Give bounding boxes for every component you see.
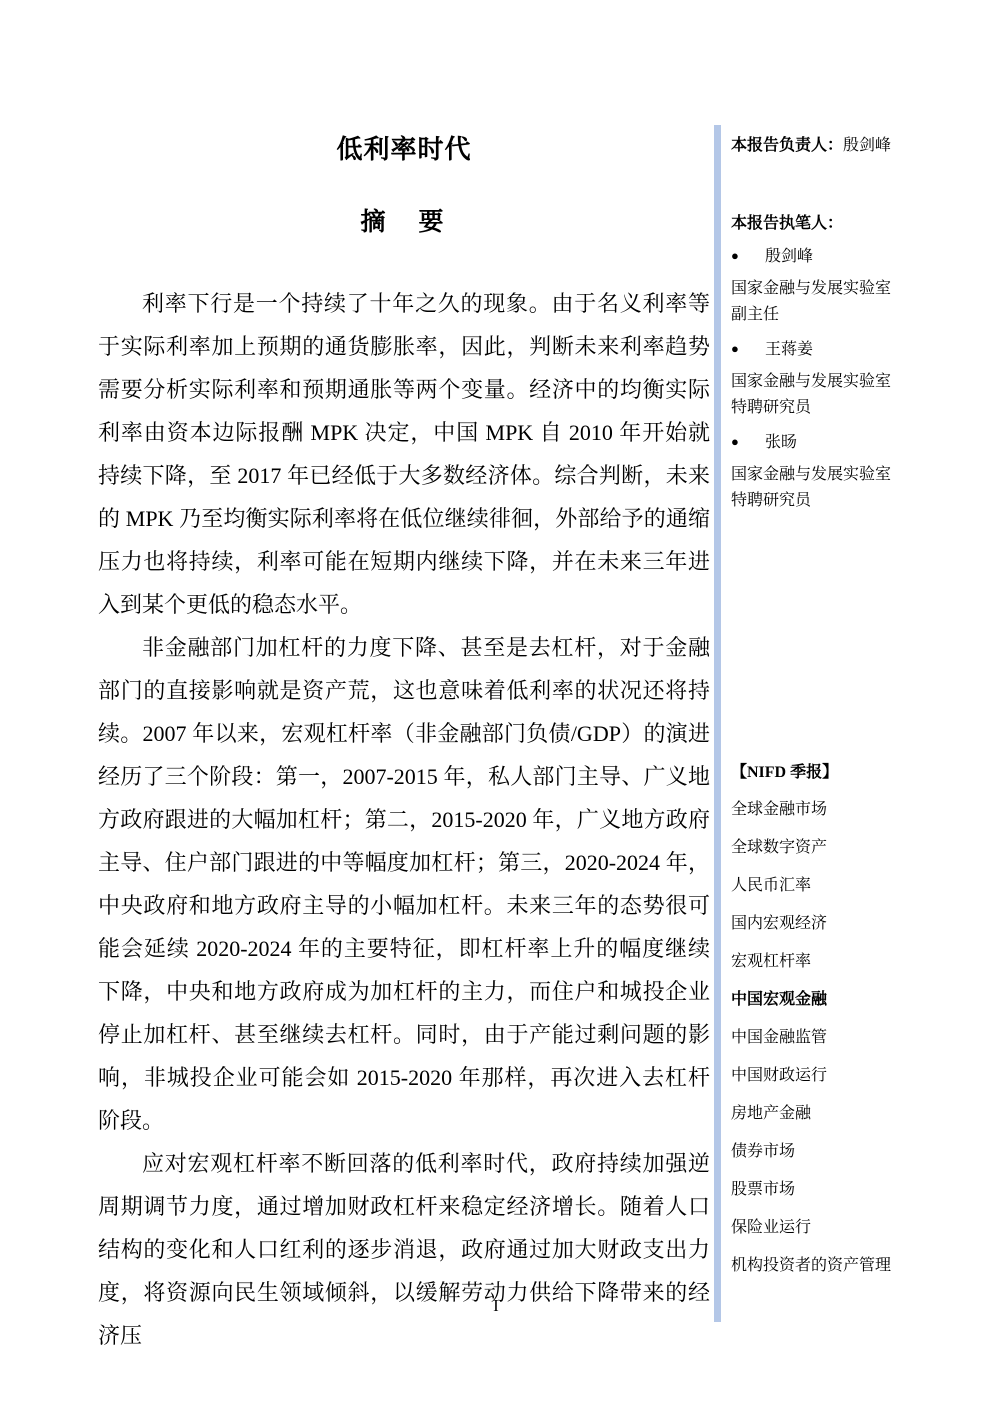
author-name-line: ●张旸 bbox=[731, 431, 941, 454]
main-column: 低利率时代 摘 要 利率下行是一个持续了十年之久的现象。由于名义利率等于实际利率… bbox=[98, 130, 710, 1357]
authors-header: 本报告执笔人： bbox=[731, 213, 941, 235]
abstract-paragraph: 利率下行是一个持续了十年之久的现象。由于名义利率等于实际利率加上预期的通货膨胀率… bbox=[98, 282, 710, 626]
author-entry: ●张旸 国家金融与发展实验室 特聘研究员 bbox=[731, 431, 941, 514]
author-name-line: ●王蒋姜 bbox=[731, 338, 941, 361]
lead-author-name: 殷剑峰 bbox=[843, 137, 891, 154]
affiliation-title: 特聘研究员 bbox=[731, 488, 941, 514]
nifd-series-header: 【NIFD 季报】 bbox=[731, 761, 941, 785]
bullet-icon: ● bbox=[731, 245, 765, 267]
author-name: 殷剑峰 bbox=[765, 248, 813, 265]
nifd-series-item: 全球金融市场 bbox=[731, 791, 941, 829]
nifd-series-item: 机构投资者的资产管理 bbox=[731, 1247, 941, 1285]
nifd-series-item: 人民币汇率 bbox=[731, 867, 941, 905]
affiliation-org: 国家金融与发展实验室 bbox=[731, 462, 941, 488]
author-entry: ●殷剑峰 国家金融与发展实验室 副主任 bbox=[731, 245, 941, 328]
report-page: 低利率时代 摘 要 利率下行是一个持续了十年之久的现象。由于名义利率等于实际利率… bbox=[0, 0, 992, 1403]
author-name: 王蒋姜 bbox=[765, 341, 813, 358]
abstract-paragraph: 应对宏观杠杆率不断回落的低利率时代，政府持续加强逆周期调节力度，通过增加财政杠杆… bbox=[98, 1142, 710, 1357]
nifd-series-item: 全球数字资产 bbox=[731, 829, 941, 867]
author-affiliation: 国家金融与发展实验室 特聘研究员 bbox=[731, 462, 941, 514]
nifd-series-item: 宏观杠杆率 bbox=[731, 943, 941, 981]
lead-author-label: 本报告负责人： bbox=[731, 137, 843, 154]
sidebar: 本报告负责人：殷剑峰 本报告执笔人： ●殷剑峰 国家金融与发展实验室 副主任 ●… bbox=[731, 125, 941, 1285]
nifd-series-item: 保险业运行 bbox=[731, 1209, 941, 1247]
author-name: 张旸 bbox=[765, 434, 797, 451]
author-affiliation: 国家金融与发展实验室 特聘研究员 bbox=[731, 369, 941, 421]
bullet-icon: ● bbox=[731, 338, 765, 360]
affiliation-title: 副主任 bbox=[731, 302, 941, 328]
author-affiliation: 国家金融与发展实验室 副主任 bbox=[731, 276, 941, 328]
bullet-icon: ● bbox=[731, 431, 765, 453]
nifd-series-item: 债券市场 bbox=[731, 1133, 941, 1171]
nifd-series-item: 房地产金融 bbox=[731, 1095, 941, 1133]
nifd-series-item: 股票市场 bbox=[731, 1171, 941, 1209]
nifd-series-item-current: 中国宏观金融 bbox=[731, 981, 941, 1019]
affiliation-org: 国家金融与发展实验室 bbox=[731, 276, 941, 302]
affiliation-org: 国家金融与发展实验室 bbox=[731, 369, 941, 395]
abstract-heading: 摘 要 bbox=[98, 206, 710, 240]
nifd-series-item: 中国金融监管 bbox=[731, 1019, 941, 1057]
nifd-series-list: 全球金融市场 全球数字资产 人民币汇率 国内宏观经济 宏观杠杆率 中国宏观金融 … bbox=[731, 791, 941, 1285]
abstract-paragraph: 非金融部门加杠杆的力度下降、甚至是去杠杆，对于金融部门的直接影响就是资产荒，这也… bbox=[98, 626, 710, 1142]
page-number: I bbox=[0, 1296, 992, 1316]
author-entry: ●王蒋姜 国家金融与发展实验室 特聘研究员 bbox=[731, 338, 941, 421]
lead-author-line: 本报告负责人：殷剑峰 bbox=[731, 135, 941, 157]
abstract-body: 利率下行是一个持续了十年之久的现象。由于名义利率等于实际利率加上预期的通货膨胀率… bbox=[98, 282, 710, 1357]
affiliation-title: 特聘研究员 bbox=[731, 395, 941, 421]
nifd-series-item: 国内宏观经济 bbox=[731, 905, 941, 943]
report-title: 低利率时代 bbox=[98, 130, 710, 170]
author-name-line: ●殷剑峰 bbox=[731, 245, 941, 268]
sidebar-accent-bar bbox=[714, 125, 721, 1322]
nifd-series-item: 中国财政运行 bbox=[731, 1057, 941, 1095]
